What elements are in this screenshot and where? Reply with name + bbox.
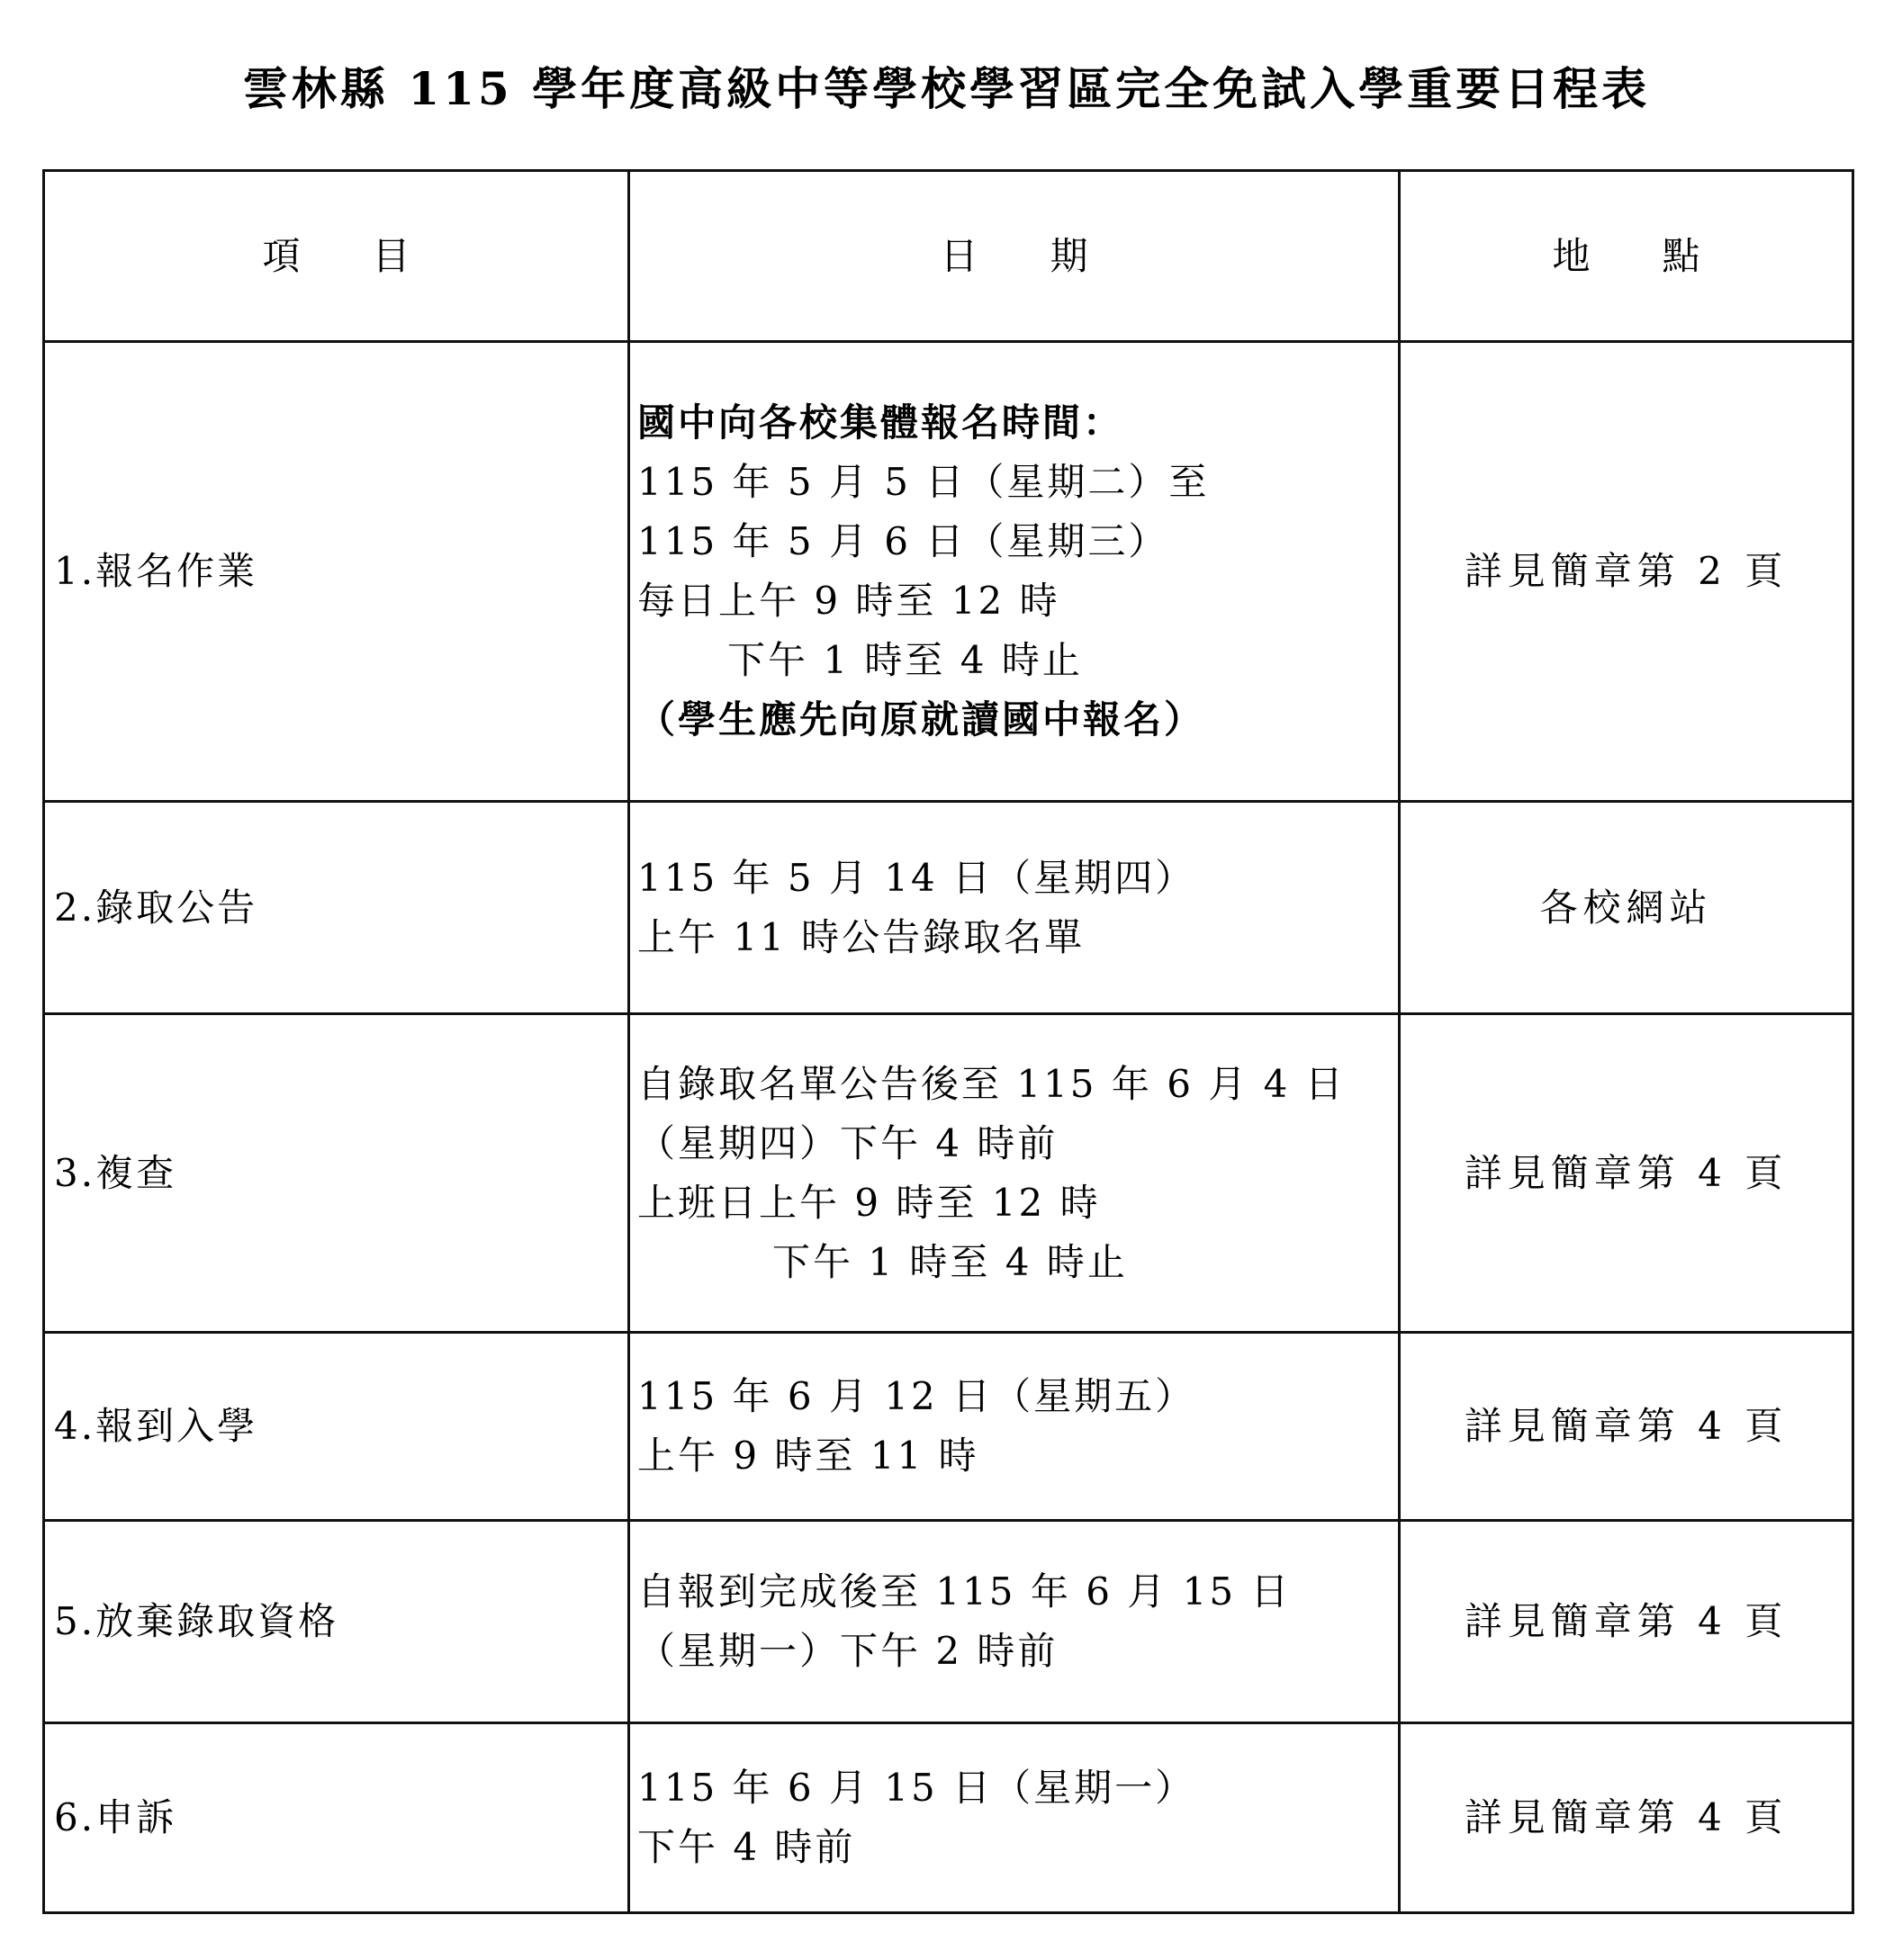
location-cell: 各校網站 [1400, 802, 1853, 1014]
item-label: 3.複查 [54, 1144, 627, 1203]
document-title: 雲林縣 115 學年度高級中等學校學習區完全免試入學重要日程表 [0, 58, 1893, 121]
location-label: 詳見簡章第 4 頁 [1465, 1795, 1788, 1839]
date-line: 下午 1 時至 4 時止 [637, 1233, 1398, 1292]
item-label: 5.放棄錄取資格 [54, 1592, 627, 1651]
item-cell: 5.放棄錄取資格 [44, 1521, 629, 1723]
item-label: 1.報名作業 [54, 542, 627, 601]
item-cell: 4.報到入學 [44, 1333, 629, 1521]
date-line: （學生應先向原就讀國中報名） [637, 690, 1398, 750]
date-line: 自錄取名單公告後至 115 年 6 月 4 日 [637, 1055, 1398, 1114]
date-line: （星期一）下午 2 時前 [637, 1622, 1398, 1681]
table-row: 6.申訴 115 年 6 月 15 日（星期一） 下午 4 時前 詳見簡章第 4… [44, 1723, 1853, 1913]
date-line: （星期四）下午 4 時前 [637, 1114, 1398, 1173]
location-cell: 詳見簡章第 4 頁 [1400, 1014, 1853, 1333]
item-cell: 3.複查 [44, 1014, 629, 1333]
date-cell: 115 年 6 月 12 日（星期五） 上午 9 時至 11 時 [629, 1333, 1400, 1521]
date-line: 每日上午 9 時至 12 時 [637, 571, 1398, 631]
location-label: 詳見簡章第 4 頁 [1465, 1599, 1788, 1643]
item-label: 2.錄取公告 [54, 878, 627, 938]
table-row: 1.報名作業 國中向各校集體報名時間： 115 年 5 月 5 日（星期二）至 … [44, 342, 1853, 802]
item-cell: 2.錄取公告 [44, 802, 629, 1014]
date-line: 上班日上午 9 時至 12 時 [637, 1173, 1398, 1233]
item-label: 6.申訴 [54, 1788, 627, 1848]
date-line: 上午 9 時至 11 時 [637, 1426, 1398, 1486]
location-label: 詳見簡章第 4 頁 [1465, 1404, 1788, 1448]
location-cell: 詳見簡章第 2 頁 [1400, 342, 1853, 802]
date-line: 115 年 5 月 14 日（星期四） [637, 849, 1398, 908]
header-location: 地點 [1400, 171, 1853, 342]
location-label: 詳見簡章第 4 頁 [1465, 1151, 1788, 1195]
date-cell: 自報到完成後至 115 年 6 月 15 日 （星期一）下午 2 時前 [629, 1521, 1400, 1723]
header-row: 項目 日期 地點 [44, 171, 1853, 342]
location-label: 詳見簡章第 2 頁 [1465, 549, 1788, 593]
location-cell: 詳見簡章第 4 頁 [1400, 1521, 1853, 1723]
date-line: 115 年 6 月 12 日（星期五） [637, 1367, 1398, 1426]
table-row: 2.錄取公告 115 年 5 月 14 日（星期四） 上午 11 時公告錄取名單… [44, 802, 1853, 1014]
item-cell: 6.申訴 [44, 1723, 629, 1913]
date-line: 下午 1 時至 4 時止 [637, 631, 1398, 690]
item-label: 4.報到入學 [54, 1397, 627, 1456]
location-cell: 詳見簡章第 4 頁 [1400, 1723, 1853, 1913]
date-cell: 115 年 6 月 15 日（星期一） 下午 4 時前 [629, 1723, 1400, 1913]
table-row: 3.複查 自錄取名單公告後至 115 年 6 月 4 日 （星期四）下午 4 時… [44, 1014, 1853, 1333]
header-date: 日期 [629, 171, 1400, 342]
date-cell: 國中向各校集體報名時間： 115 年 5 月 5 日（星期二）至 115 年 5… [629, 342, 1400, 802]
location-label: 各校網站 [1539, 886, 1712, 930]
table-row: 4.報到入學 115 年 6 月 12 日（星期五） 上午 9 時至 11 時 … [44, 1333, 1853, 1521]
date-cell: 115 年 5 月 14 日（星期四） 上午 11 時公告錄取名單 [629, 802, 1400, 1014]
date-line: 115 年 5 月 6 日（星期三） [637, 512, 1398, 571]
date-line: 下午 4 時前 [637, 1818, 1398, 1877]
date-cell: 自錄取名單公告後至 115 年 6 月 4 日 （星期四）下午 4 時前 上班日… [629, 1014, 1400, 1333]
table-row: 5.放棄錄取資格 自報到完成後至 115 年 6 月 15 日 （星期一）下午 … [44, 1521, 1853, 1723]
location-cell: 詳見簡章第 4 頁 [1400, 1333, 1853, 1521]
header-item: 項目 [44, 171, 629, 342]
date-line: 115 年 6 月 15 日（星期一） [637, 1758, 1398, 1818]
date-line: 上午 11 時公告錄取名單 [637, 908, 1398, 967]
date-line: 國中向各校集體報名時間： [637, 393, 1398, 453]
date-line: 自報到完成後至 115 年 6 月 15 日 [637, 1562, 1398, 1622]
date-line: 115 年 5 月 5 日（星期二）至 [637, 453, 1398, 512]
schedule-table: 項目 日期 地點 1.報名作業 國中向各校集體報名時間： 115 年 5 月 5… [42, 169, 1854, 1914]
item-cell: 1.報名作業 [44, 342, 629, 802]
